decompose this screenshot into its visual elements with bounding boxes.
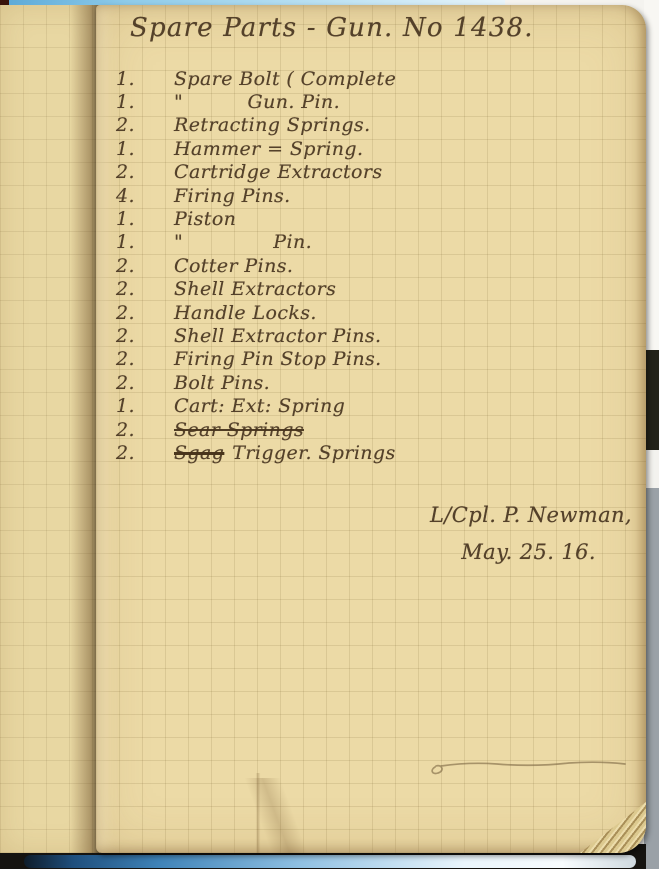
item-text: Trigger. Springs	[232, 442, 395, 464]
item-text: Shell Extractor Pins.	[174, 325, 381, 347]
notebook-page: Spare Parts - Gun. No 1438. 1. Spare Bol…	[96, 5, 646, 853]
item-text: Hammer = Spring.	[174, 138, 363, 160]
item-text: Firing Pin Stop Pins.	[174, 348, 382, 370]
item-quantity: 2.	[116, 278, 174, 300]
item-quantity: 2.	[116, 161, 174, 183]
item-text: Retracting Springs.	[174, 114, 371, 136]
item-text: " Gun. Pin.	[174, 91, 340, 113]
list-item: 2. Retracting Springs.	[96, 114, 636, 137]
scan-bg-white	[644, 0, 659, 350]
item-text: Shell Extractors	[174, 278, 336, 300]
list-item-with-correction: 2. Sgag Trigger. Springs	[96, 441, 636, 464]
item-quantity: 2.	[116, 325, 174, 347]
item-quantity: 2.	[116, 302, 174, 324]
item-quantity: 2.	[116, 114, 174, 136]
crossed-out-word: Sgag	[174, 442, 224, 464]
date: May. 25. 16.	[430, 540, 596, 564]
scan-bg-grey	[644, 488, 659, 869]
list-item: 1. Piston	[96, 207, 636, 230]
signature-block: L/Cpl. P. Newman, May. 25. 16.	[430, 503, 632, 564]
item-quantity: 2.	[116, 348, 174, 370]
page-crease	[176, 778, 376, 853]
item-quantity: 4.	[116, 185, 174, 207]
item-quantity: 2.	[116, 255, 174, 277]
list-item: 2. Handle Locks.	[96, 301, 636, 324]
item-quantity: 1.	[116, 68, 174, 90]
list-item: 1. " Pin.	[96, 231, 636, 254]
page-crease	[254, 773, 262, 853]
item-quantity: 1.	[116, 138, 174, 160]
item-quantity: 2.	[116, 419, 174, 441]
item-quantity: 1.	[116, 91, 174, 113]
item-text: Handle Locks.	[174, 302, 317, 324]
scan-edge-right	[644, 0, 659, 869]
dog-eared-corner	[580, 795, 646, 853]
item-quantity: 1.	[116, 231, 174, 253]
item-text: Cartridge Extractors	[174, 161, 383, 183]
scanned-notebook-photo: Spare Parts - Gun. No 1438. 1. Spare Bol…	[0, 0, 659, 869]
scan-bg-dark	[644, 350, 659, 450]
list-item: 2. Cotter Pins.	[96, 254, 636, 277]
signature: L/Cpl. P. Newman,	[430, 503, 632, 527]
spare-parts-list: 1. Spare Bolt ( Complete 1. " Gun. Pin. …	[96, 67, 636, 465]
item-text: Cart: Ext: Spring	[174, 395, 345, 417]
list-item: 1. Spare Bolt ( Complete	[96, 67, 636, 90]
list-item: 2. Cartridge Extractors	[96, 161, 636, 184]
list-item: 1. Hammer = Spring.	[96, 137, 636, 160]
list-item: 4. Firing Pins.	[96, 184, 636, 207]
item-quantity: 1.	[116, 395, 174, 417]
item-quantity: 2.	[116, 372, 174, 394]
item-text: Bolt Pins.	[174, 372, 270, 394]
item-text: Piston	[174, 208, 236, 230]
list-item: 1. Cart: Ext: Spring	[96, 394, 636, 417]
faint-scribble-mark	[425, 753, 637, 779]
list-item: 2. Shell Extractors	[96, 278, 636, 301]
item-quantity: 1.	[116, 208, 174, 230]
page-title: Spare Parts - Gun. No 1438.	[130, 13, 630, 43]
item-quantity: 2.	[116, 442, 174, 464]
scan-edge-bottom-gloss	[24, 855, 636, 868]
item-text-struck: Sear Springs	[174, 419, 304, 441]
item-text: Cotter Pins.	[174, 255, 293, 277]
list-item: 2. Firing Pin Stop Pins.	[96, 348, 636, 371]
list-item: 2. Shell Extractor Pins.	[96, 324, 636, 347]
item-text: Firing Pins.	[174, 185, 291, 207]
item-text: Spare Bolt ( Complete	[174, 68, 396, 90]
list-item: 2. Bolt Pins.	[96, 371, 636, 394]
scan-bg-white	[644, 450, 659, 488]
list-item: 1. " Gun. Pin.	[96, 90, 636, 113]
list-item-struck: 2. Sear Springs	[96, 418, 636, 441]
item-text: " Pin.	[174, 231, 312, 253]
